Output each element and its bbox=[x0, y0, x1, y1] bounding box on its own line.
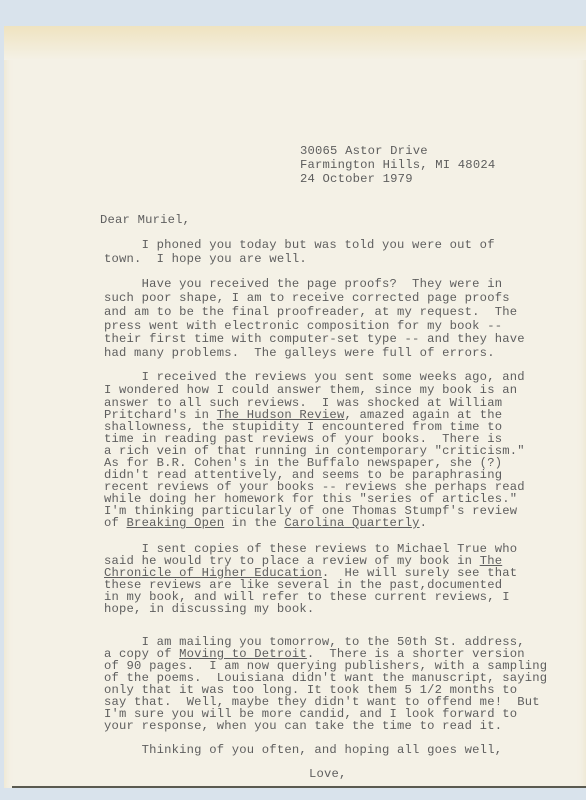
salutation: Dear Muriel, bbox=[100, 214, 190, 227]
text-line: and am to be the final proofreader, at m… bbox=[104, 306, 517, 319]
closing: Love, bbox=[309, 768, 347, 781]
text-line: such poor shape, I am to receive correct… bbox=[104, 292, 510, 305]
paper-top-edge bbox=[4, 26, 586, 60]
text-line: of Breaking Open in the Carolina Quarter… bbox=[104, 517, 427, 530]
text-line: I phoned you today but was told you were… bbox=[104, 239, 495, 252]
text-line: Have you received the page proofs? They … bbox=[104, 278, 502, 291]
text-line: their first time with computer-set type … bbox=[104, 333, 525, 346]
letter-page: 30065 Astor Drive Farmington Hills, MI 4… bbox=[4, 26, 586, 788]
text-line: had many problems. The galleys were full… bbox=[104, 347, 495, 360]
letter-date: 24 October 1979 bbox=[300, 173, 413, 186]
address-line-1: 30065 Astor Drive bbox=[300, 145, 428, 158]
text-line: town. I hope you are well. bbox=[104, 253, 307, 266]
text-line: your response, when you can take the tim… bbox=[104, 720, 502, 733]
text-line: Thinking of you often, and hoping all go… bbox=[104, 744, 502, 757]
paper-bottom-edge bbox=[12, 786, 586, 788]
text-line: hope, in discussing my book. bbox=[104, 603, 314, 616]
address-line-2: Farmington Hills, MI 48024 bbox=[300, 159, 495, 172]
